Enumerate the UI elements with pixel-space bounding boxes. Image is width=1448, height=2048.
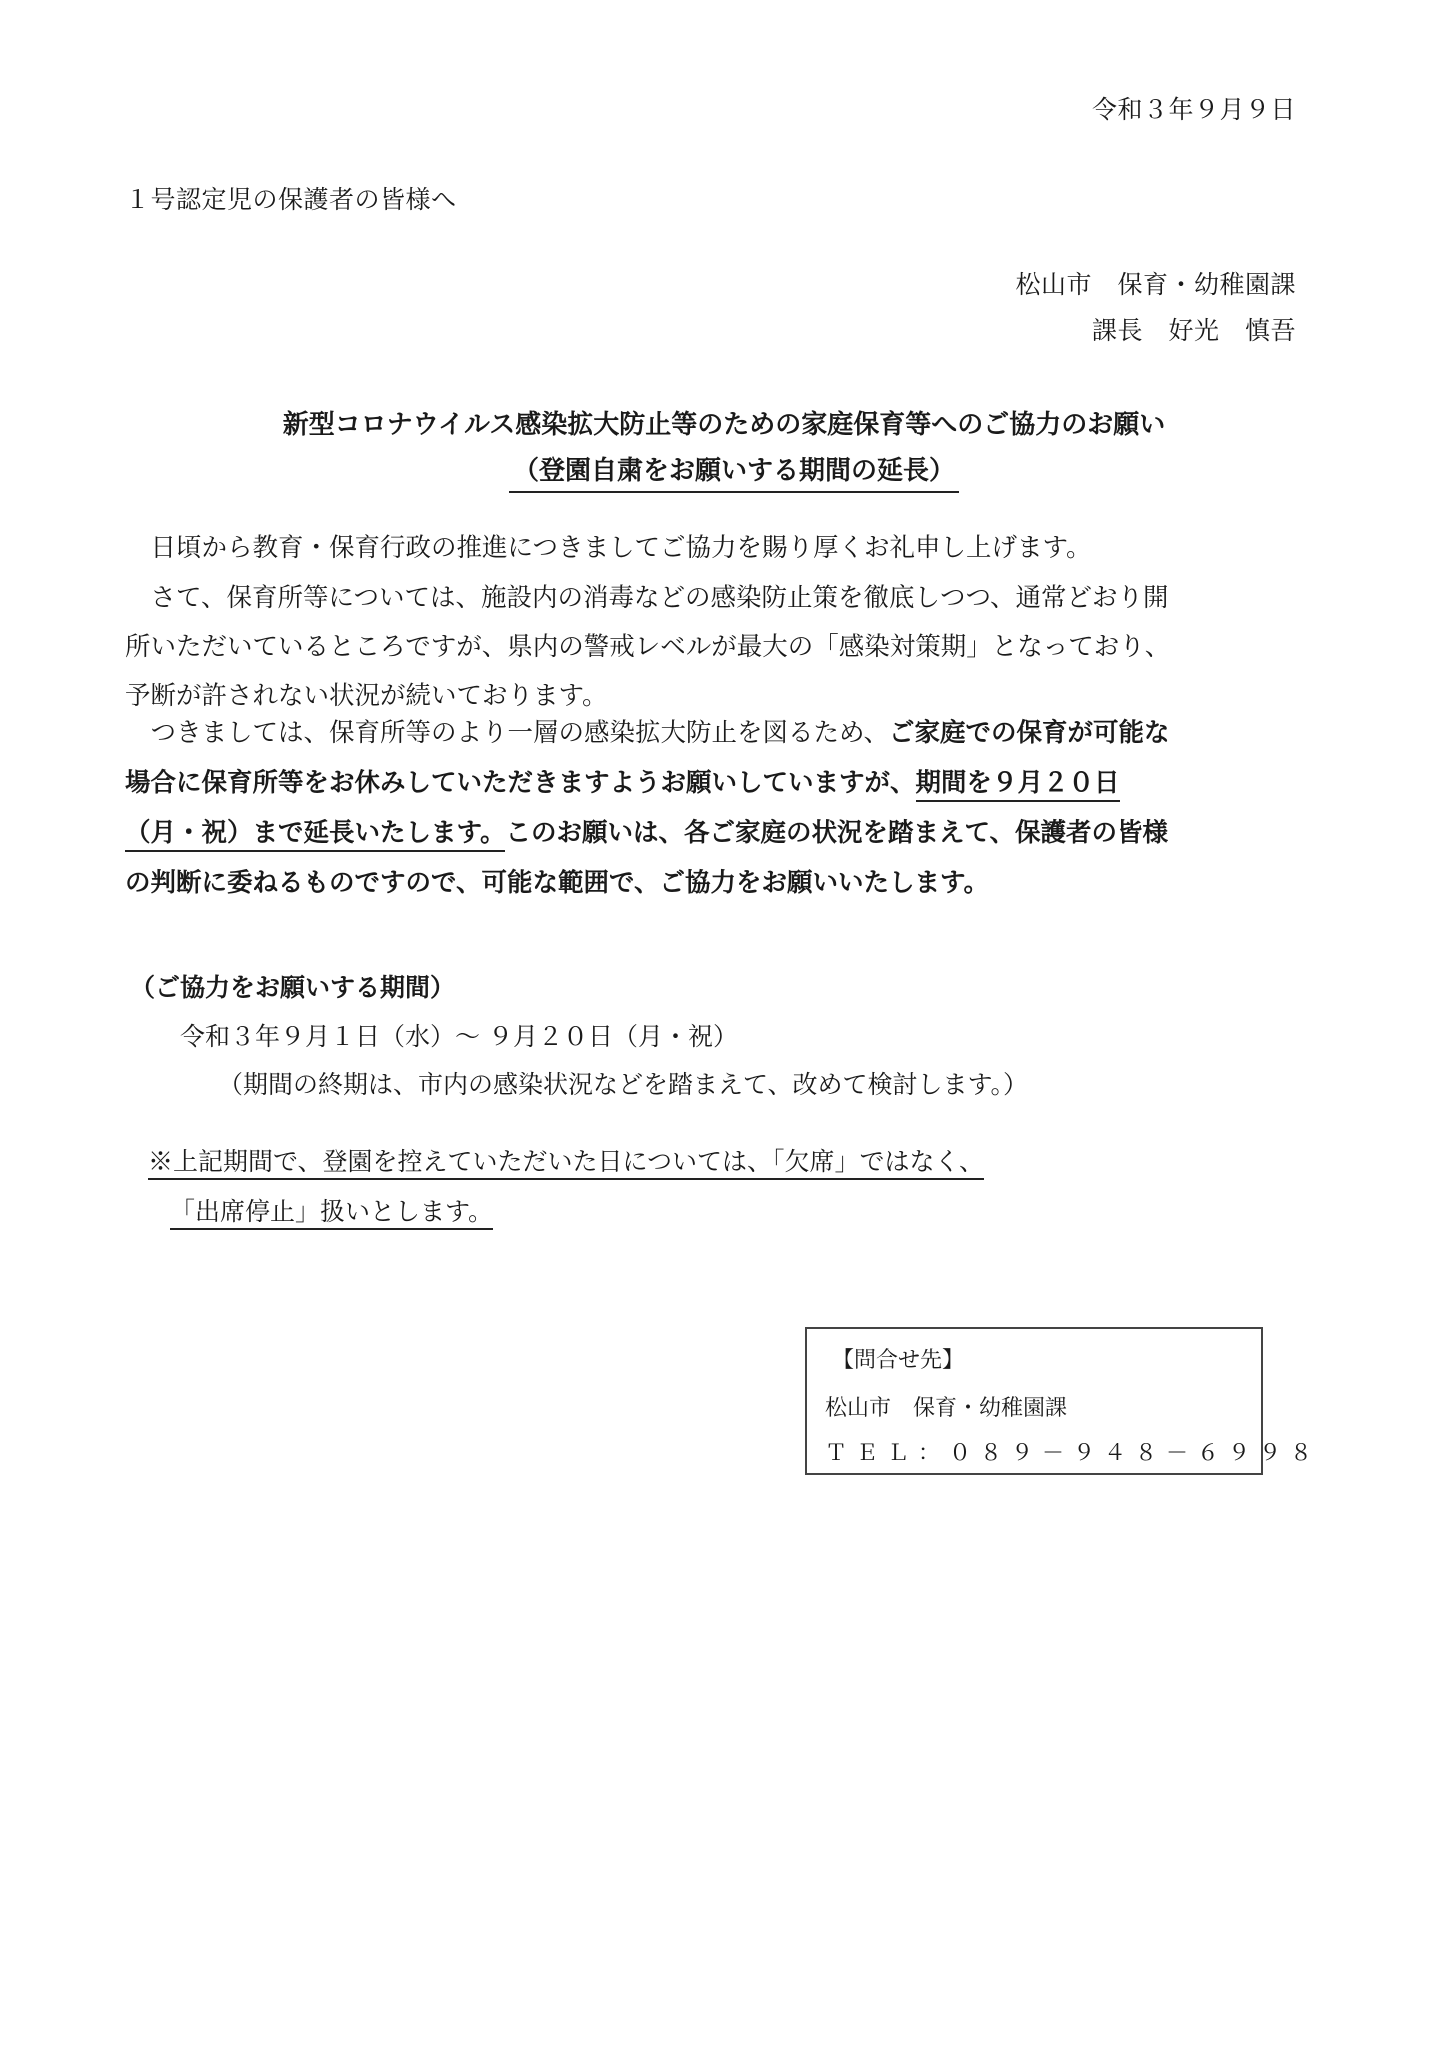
contact-department: 松山市 保育・幼稚園課 <box>825 1391 1067 1422</box>
extension-period-highlight: 期間を９月２０日 <box>916 768 1120 802</box>
request-bold-text: 場合に保育所等をお休みしていただきますようお願いしていますが、 <box>125 768 916 798</box>
request-plain-text: つきましては、保育所等のより一層の感染拡大防止を図るため、 <box>125 718 889 748</box>
addressee: １号認定児の保護者の皆様へ <box>125 185 457 215</box>
paragraph-request-line-2: 場合に保育所等をお休みしていただきますようお願いしていますが、期間を９月２０日 <box>125 768 1120 798</box>
paragraph-request-line-4: の判断に委ねるものですので、可能な範囲で、ご協力をお願いいたします。 <box>125 868 989 898</box>
attendance-notice-line-2: 「出席停止」扱いとします。 <box>170 1192 493 1228</box>
contact-box: 【問合せ先】 松山市 保育・幼稚園課 ＴＥＬ：０８９－９４８－６９９８ <box>805 1327 1263 1475</box>
period-range: 令和３年９月１日（水）～ ９月２０日（月・祝） <box>180 1017 738 1053</box>
document-subtitle-wrapper: （登園自粛をお願いする期間の延長） <box>0 450 1448 493</box>
attendance-notice-text: ※上記期間で、登園を控えていただいた日については、「欠席」ではなく、 <box>148 1147 984 1180</box>
contact-heading: 【問合せ先】 <box>832 1343 964 1374</box>
sender-name: 課長 好光 慎吾 <box>1092 316 1296 346</box>
sender-department: 松山市 保育・幼稚園課 <box>1015 270 1296 300</box>
document-date: 令和３年９月９日 <box>1092 95 1296 125</box>
paragraph-request-line-1: つきましては、保育所等のより一層の感染拡大防止を図るため、ご家庭での保育が可能な <box>125 718 1170 748</box>
paragraph-greeting: 日頃から教育・保育行政の推進につきましてご協力を賜り厚くお礼申し上げます。 <box>125 533 1091 563</box>
period-heading: （ご協力をお願いする期間） <box>130 968 455 1004</box>
extension-period-highlight: （月・祝）まで延長いたします。 <box>125 818 505 852</box>
document-title: 新型コロナウイルス感染拡大防止等のための家庭保育等へのご協力のお願い <box>0 404 1448 441</box>
paragraph-situation-line-3: 予断が許されない状況が続いております。 <box>125 681 607 711</box>
document-subtitle: （登園自粛をお願いする期間の延長） <box>509 450 959 493</box>
paragraph-request-line-3: （月・祝）まで延長いたします。このお願いは、各ご家庭の状況を踏まえて、保護者の皆… <box>125 818 1168 848</box>
attendance-notice-text: 「出席停止」扱いとします。 <box>170 1197 493 1230</box>
attendance-notice-line-1: ※上記期間で、登園を控えていただいた日については、「欠席」ではなく、 <box>148 1142 984 1178</box>
paragraph-situation-line-2: 所いただいているところですが、県内の警戒レベルが最大の「感染対策期」となっており… <box>125 632 1170 662</box>
contact-phone: ＴＥＬ：０８９－９４８－６９９８ <box>825 1436 1321 1467</box>
paragraph-situation-line-1: さて、保育所等については、施設内の消毒などの感染防止策を徹底しつつ、通常どおり開 <box>125 583 1168 613</box>
request-bold-text: このお願いは、各ご家庭の状況を踏まえて、保護者の皆様 <box>505 818 1168 848</box>
request-bold-text: ご家庭での保育が可能な <box>889 718 1170 748</box>
period-note: （期間の終期は、市内の感染状況などを踏まえて、改めて検討します。） <box>218 1065 1028 1101</box>
